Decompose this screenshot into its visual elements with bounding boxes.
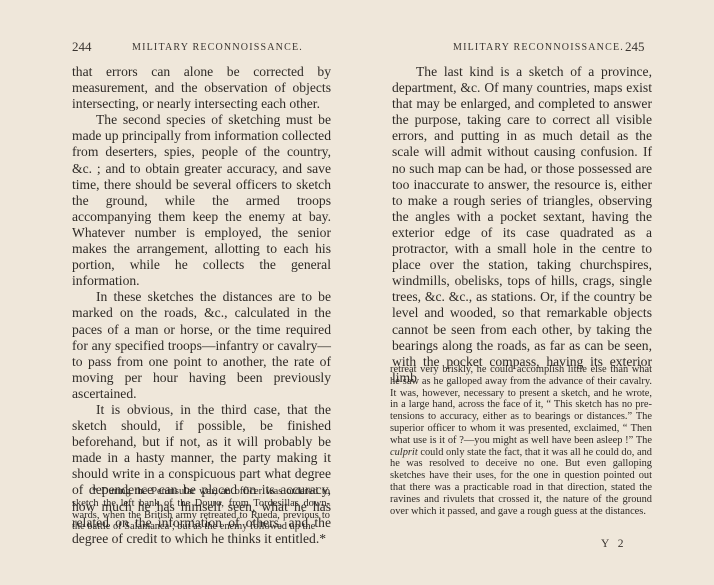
running-head: MILITARY RECONNOISSANCE. xyxy=(132,40,303,56)
left-page: 244 MILITARY RECONNOISSANCE. that errors… xyxy=(0,0,357,585)
body-text: The last kind is a sketch of a province,… xyxy=(392,64,652,386)
body-text: that errors can alone be corrected by me… xyxy=(72,64,331,547)
footnote: * During the Peninsular war, an officer … xyxy=(72,486,330,533)
paragraph: In these sketches the distances are to b… xyxy=(72,289,331,402)
footnote-text: retreat very briskly, he could accomplis… xyxy=(390,364,652,517)
footnote-text-part: retreat very briskly, he could accomplis… xyxy=(390,364,652,446)
paragraph: The second species of sketching must be … xyxy=(72,112,331,289)
page-number: 245 xyxy=(625,38,645,56)
footnote-text: * During the Peninsular war, an officer … xyxy=(72,486,330,533)
footnote-text-part: could only state the fact, that it was a… xyxy=(390,447,652,517)
signature-mark: Y 2 xyxy=(601,538,627,550)
footnote-continuation: retreat very briskly, he could accomplis… xyxy=(390,364,652,517)
running-head: MILITARY RECONNOISSANCE. xyxy=(453,40,624,56)
footnote-italic-word: culprit xyxy=(390,447,418,458)
paragraph: The last kind is a sketch of a province,… xyxy=(392,64,652,386)
right-page: MILITARY RECONNOISSANCE. 245 The last ki… xyxy=(357,0,714,585)
paragraph: that errors can alone be corrected by me… xyxy=(72,64,331,112)
page-number: 244 xyxy=(72,38,92,56)
